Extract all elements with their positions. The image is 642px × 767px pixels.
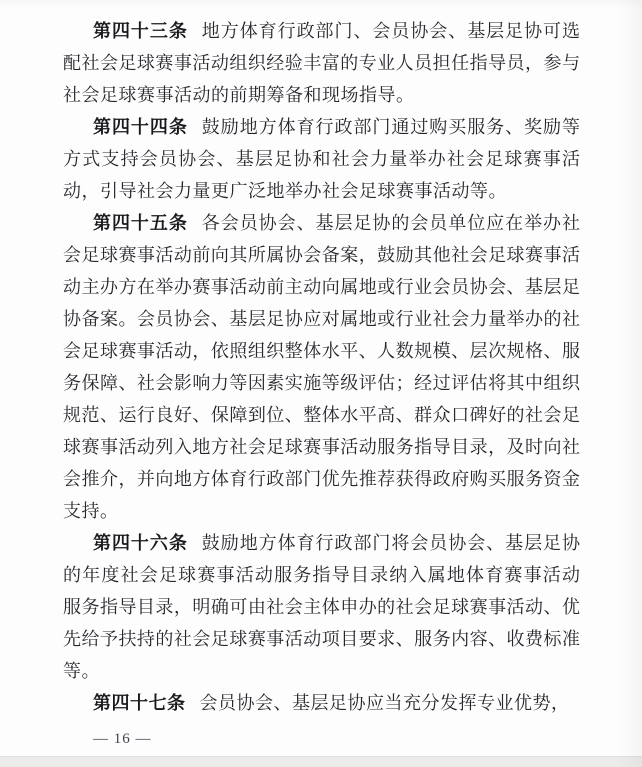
text-line: 会推介，并向地方体育行政部门优先推荐获得政府购买服务资金 — [63, 463, 580, 495]
article-paragraph-43: 第四十三条地方体育行政部门、会员协会、基层足协可选 配社会足球赛事活动组织经验丰… — [63, 15, 580, 111]
page-number: — 16 — — [93, 727, 152, 751]
text-line-fragment: 鼓励地方体育行政部门通过购买服务、奖励等 — [202, 117, 580, 137]
text-line: 动主办方在举办赛事活动前主动向属地或行业会员协会、基层足 — [63, 271, 580, 303]
text-line: 球赛事活动列入地方社会足球赛事活动服务指导目录，及时向社 — [63, 431, 580, 463]
text-line: 配社会足球赛事活动组织经验丰富的专业人员担任指导员，参与 — [63, 47, 580, 79]
text-line: 先给予扶持的社会足球赛事活动项目要求、服务内容、收费标准 — [63, 623, 580, 655]
text-line: 第四十五条各会员协会、基层足协的会员单位应在举办社 — [63, 207, 580, 239]
text-line: 务保障、社会影响力等因素实施等级评估；经过评估将其中组织 — [63, 367, 580, 399]
text-line: 第四十七条会员协会、基层足协应当充分发挥专业优势， — [63, 687, 580, 719]
text-line: 方式支持会员协会、基层足协和社会力量举办社会足球赛事活 — [63, 143, 580, 175]
article-paragraph-45: 第四十五条各会员协会、基层足协的会员单位应在举办社 会足球赛事活动前向其所属协会… — [63, 207, 580, 527]
article-number: 第四十三条 — [93, 21, 188, 41]
article-paragraph-47: 第四十七条会员协会、基层足协应当充分发挥专业优势， — [63, 687, 580, 719]
page-bottom-edge — [0, 756, 642, 767]
text-line: 会足球赛事活动前向其所属协会备案，鼓励其他社会足球赛事活 — [63, 239, 580, 271]
article-number: 第四十六条 — [93, 533, 188, 553]
document-page: 第四十三条地方体育行政部门、会员协会、基层足协可选 配社会足球赛事活动组织经验丰… — [0, 0, 642, 767]
text-line: 的年度社会足球赛事活动服务指导目录纳入属地体育赛事活动 — [63, 559, 580, 591]
text-line: 第四十六条鼓励地方体育行政部门将会员协会、基层足协 — [63, 527, 580, 559]
text-line: 规范、运行良好、保障到位、整体水平高、群众口碑好的社会足 — [63, 399, 580, 431]
text-line: 社会足球赛事活动的前期筹备和现场指导。 — [63, 79, 580, 111]
text-line: 动，引导社会力量更广泛地举办社会足球赛事活动等。 — [63, 175, 580, 207]
text-line: 服务指导目录，明确可由社会主体申办的社会足球赛事活动、优 — [63, 591, 580, 623]
text-line: 支持。 — [63, 495, 580, 527]
text-line-fragment: 各会员协会、基层足协的会员单位应在举办社 — [202, 213, 580, 233]
article-paragraph-44: 第四十四条鼓励地方体育行政部门通过购买服务、奖励等 方式支持会员协会、基层足协和… — [63, 111, 580, 207]
text-line-fragment: 地方体育行政部门、会员协会、基层足协可选 — [202, 21, 580, 41]
text-line-fragment: 鼓励地方体育行政部门将会员协会、基层足协 — [202, 533, 580, 553]
text-line: 第四十三条地方体育行政部门、会员协会、基层足协可选 — [63, 15, 580, 47]
article-paragraph-46: 第四十六条鼓励地方体育行政部门将会员协会、基层足协 的年度社会足球赛事活动服务指… — [63, 527, 580, 687]
scan-shadow-top — [0, 0, 642, 10]
text-line: 等。 — [63, 655, 580, 687]
text-line-fragment: 会员协会、基层足协应当充分发挥专业优势， — [200, 693, 570, 713]
text-line: 会足球赛事活动，依照组织整体水平、人数规模、层次规格、服 — [63, 335, 580, 367]
article-number: 第四十五条 — [93, 213, 188, 233]
document-body: 第四十三条地方体育行政部门、会员协会、基层足协可选 配社会足球赛事活动组织经验丰… — [63, 15, 580, 719]
article-number: 第四十四条 — [93, 117, 188, 137]
article-number: 第四十七条 — [93, 693, 186, 713]
scan-shadow-right — [618, 0, 642, 767]
text-line: 协备案。会员协会、基层足协应对属地或行业社会力量举办的社 — [63, 303, 580, 335]
text-line: 第四十四条鼓励地方体育行政部门通过购买服务、奖励等 — [63, 111, 580, 143]
